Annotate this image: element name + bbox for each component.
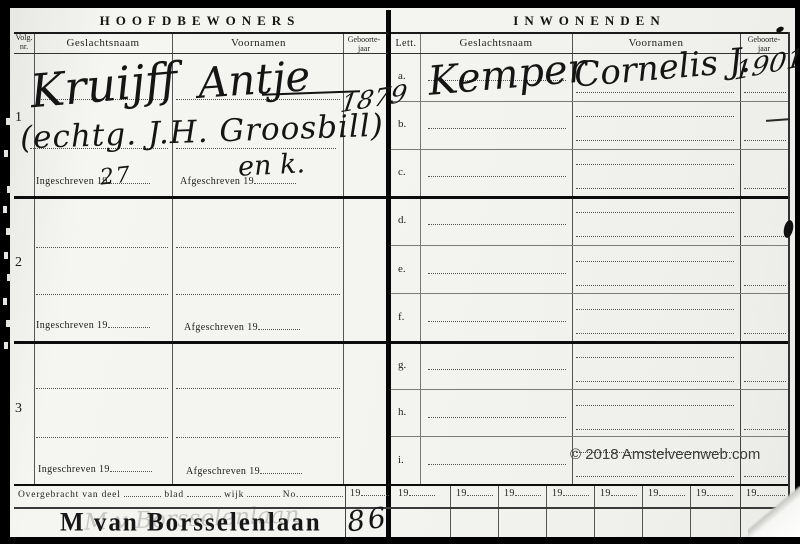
overgebracht-line: Overgebracht van deel blad wijk No. <box>18 488 344 500</box>
right-row-letter: d. <box>398 214 406 226</box>
hw-ingeschreven-year-row1: 27 <box>99 162 133 190</box>
afgeschreven-label: Afgeschreven 19 <box>184 321 300 333</box>
right-row-letter: h. <box>398 406 406 418</box>
page-curl <box>748 486 800 537</box>
left-section-title: HOOFDBEWONERS <box>20 13 380 29</box>
year-cell: 19 <box>552 487 589 499</box>
year-cell: 19 <box>648 487 685 499</box>
right-col-letter-header: Lett. <box>392 38 420 49</box>
right-row-letter: c. <box>398 166 406 178</box>
right-row-letter: g. <box>398 359 406 371</box>
hw-note2-row1: en k. <box>237 148 305 182</box>
left-row-number: 2 <box>15 255 22 271</box>
street-name-stamp: M van Borsselenlaan <box>60 508 322 538</box>
year-cell: 19 <box>456 487 493 499</box>
ingeschreven-label: Ingeschreven 19 <box>38 463 152 475</box>
year-cell: 19 <box>696 487 733 499</box>
right-row-letter: f. <box>398 311 404 323</box>
left-row-number: 3 <box>15 401 22 417</box>
copyright-watermark: © 2018 Amstelveenweb.com <box>570 446 760 463</box>
left-col-volgnr-header: Volg. nr. <box>13 33 35 51</box>
left-col-birthyear-header: Geboorte- jaar <box>341 35 387 53</box>
year-cell: 19 <box>350 487 389 499</box>
scanned-register-page: HOOFDBEWONERS INWONENDEN Volg. nr. Gesla… <box>0 0 800 544</box>
right-col-surname-header: Geslachtsnaam <box>422 37 570 49</box>
house-number: 86 <box>345 501 390 539</box>
hw-firstnames-row1: Antje <box>196 51 311 108</box>
right-row-letter: b. <box>398 118 406 130</box>
year-cell: 19 <box>504 487 541 499</box>
year-cell: 19 <box>398 487 435 499</box>
left-col-surname-header: Geslachtsnaam <box>36 37 170 49</box>
right-row-letter: i. <box>398 454 404 466</box>
right-section-title: INWONENDEN <box>391 13 788 29</box>
right-row-letter: e. <box>398 263 406 275</box>
left-col-firstnames-header: Voornamen <box>176 37 341 49</box>
ingeschreven-label: Ingeschreven 19 <box>36 319 150 331</box>
year-cell: 19 <box>600 487 637 499</box>
afgeschreven-label: Afgeschreven 19 <box>186 465 302 477</box>
